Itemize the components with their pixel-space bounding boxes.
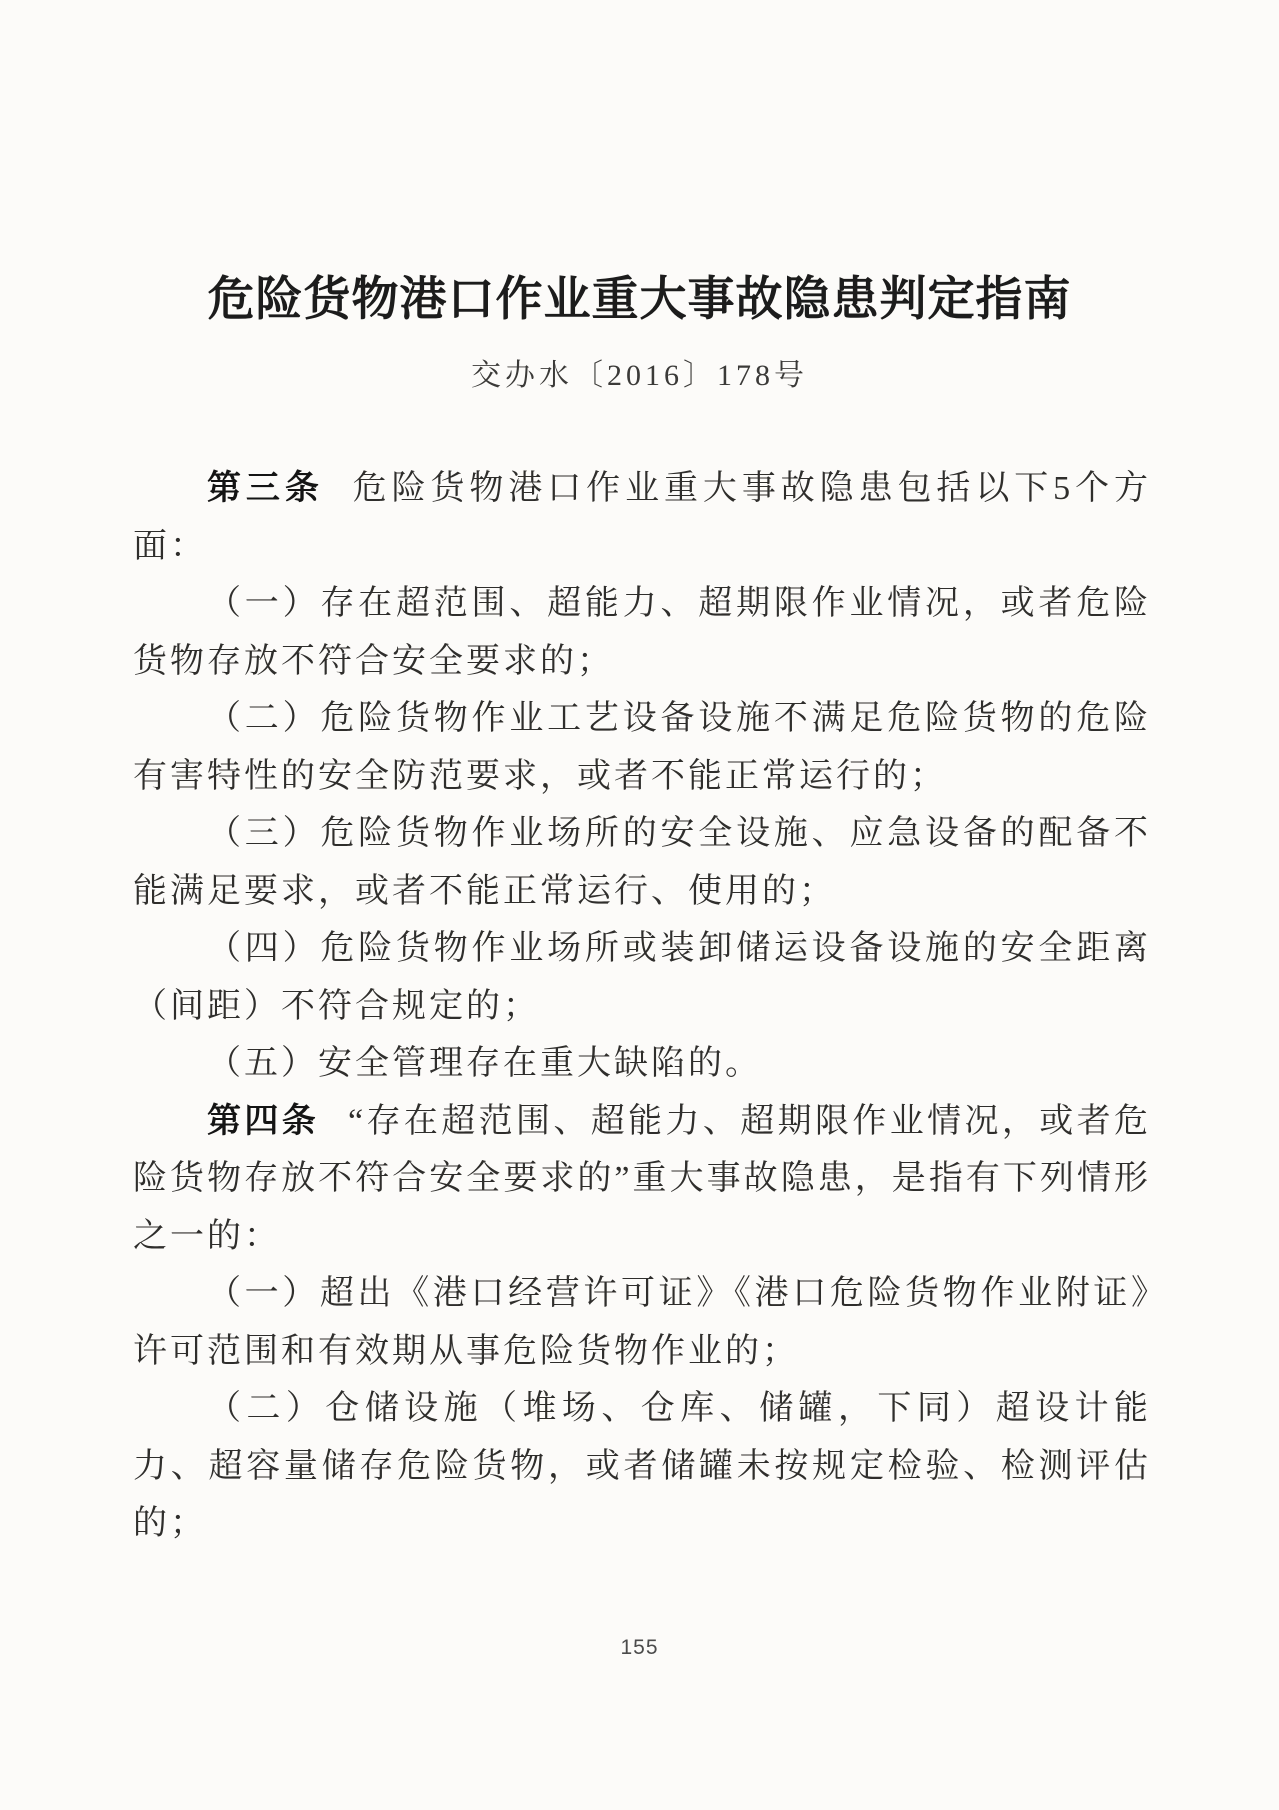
page-number: 155 <box>0 1636 1279 1660</box>
paragraph-article-3: 第三条危险货物港口作业重大事故隐患包括以下5个方面： <box>133 460 1151 575</box>
paragraph-text: （二）危险货物作业工艺设备设施不满足危险货物的危险有害特性的安全防范要求，或者不… <box>133 700 1151 795</box>
paragraph-item-2: （二）危险货物作业工艺设备设施不满足危险货物的危险有害特性的安全防范要求，或者不… <box>133 690 1151 805</box>
document-page: 危险货物港口作业重大事故隐患判定指南 交办水〔2016〕178号 第三条危险货物… <box>0 0 1279 1810</box>
document-number: 交办水〔2016〕178号 <box>0 350 1279 394</box>
paragraph-item-3: （三）危险货物作业场所的安全设施、应急设备的配备不能满足要求，或者不能正常运行、… <box>133 805 1151 920</box>
paragraph-text: （一）超出《港口经营许可证》《港口危险货物作业附证》许可范围和有效期从事危险货物… <box>133 1275 1151 1370</box>
paragraph-item-5: （五）安全管理存在重大缺陷的。 <box>133 1035 1151 1093</box>
paragraph-text: （四）危险货物作业场所或装卸储运设备设施的安全距离（间距）不符合规定的； <box>133 930 1151 1025</box>
paragraph-text: （一）存在超范围、超能力、超期限作业情况，或者危险货物存放不符合安全要求的； <box>133 585 1151 680</box>
paragraph-text: （二）仓储设施（堆场、仓库、储罐，下同）超设计能力、超容量储存危险货物，或者储罐… <box>133 1390 1151 1542</box>
paragraph-item-6: （一）超出《港口经营许可证》《港口危险货物作业附证》许可范围和有效期从事危险货物… <box>133 1265 1151 1380</box>
article-number: 第四条 <box>207 1102 319 1140</box>
document-title: 危险货物港口作业重大事故隐患判定指南 <box>0 262 1279 329</box>
paragraph-text: （三）危险货物作业场所的安全设施、应急设备的配备不能满足要求，或者不能正常运行、… <box>133 815 1151 910</box>
document-body: 第三条危险货物港口作业重大事故隐患包括以下5个方面： （一）存在超范围、超能力、… <box>133 460 1151 1553</box>
paragraph-item-1: （一）存在超范围、超能力、超期限作业情况，或者危险货物存放不符合安全要求的； <box>133 575 1151 690</box>
paragraph-item-7: （二）仓储设施（堆场、仓库、储罐，下同）超设计能力、超容量储存危险货物，或者储罐… <box>133 1380 1151 1553</box>
paragraph-item-4: （四）危险货物作业场所或装卸储运设备设施的安全距离（间距）不符合规定的； <box>133 920 1151 1035</box>
article-number: 第三条 <box>207 469 324 507</box>
paragraph-article-4: 第四条“存在超范围、超能力、超期限作业情况，或者危险货物存放不符合安全要求的”重… <box>133 1093 1151 1266</box>
paragraph-text: （五）安全管理存在重大缺陷的。 <box>207 1045 762 1082</box>
